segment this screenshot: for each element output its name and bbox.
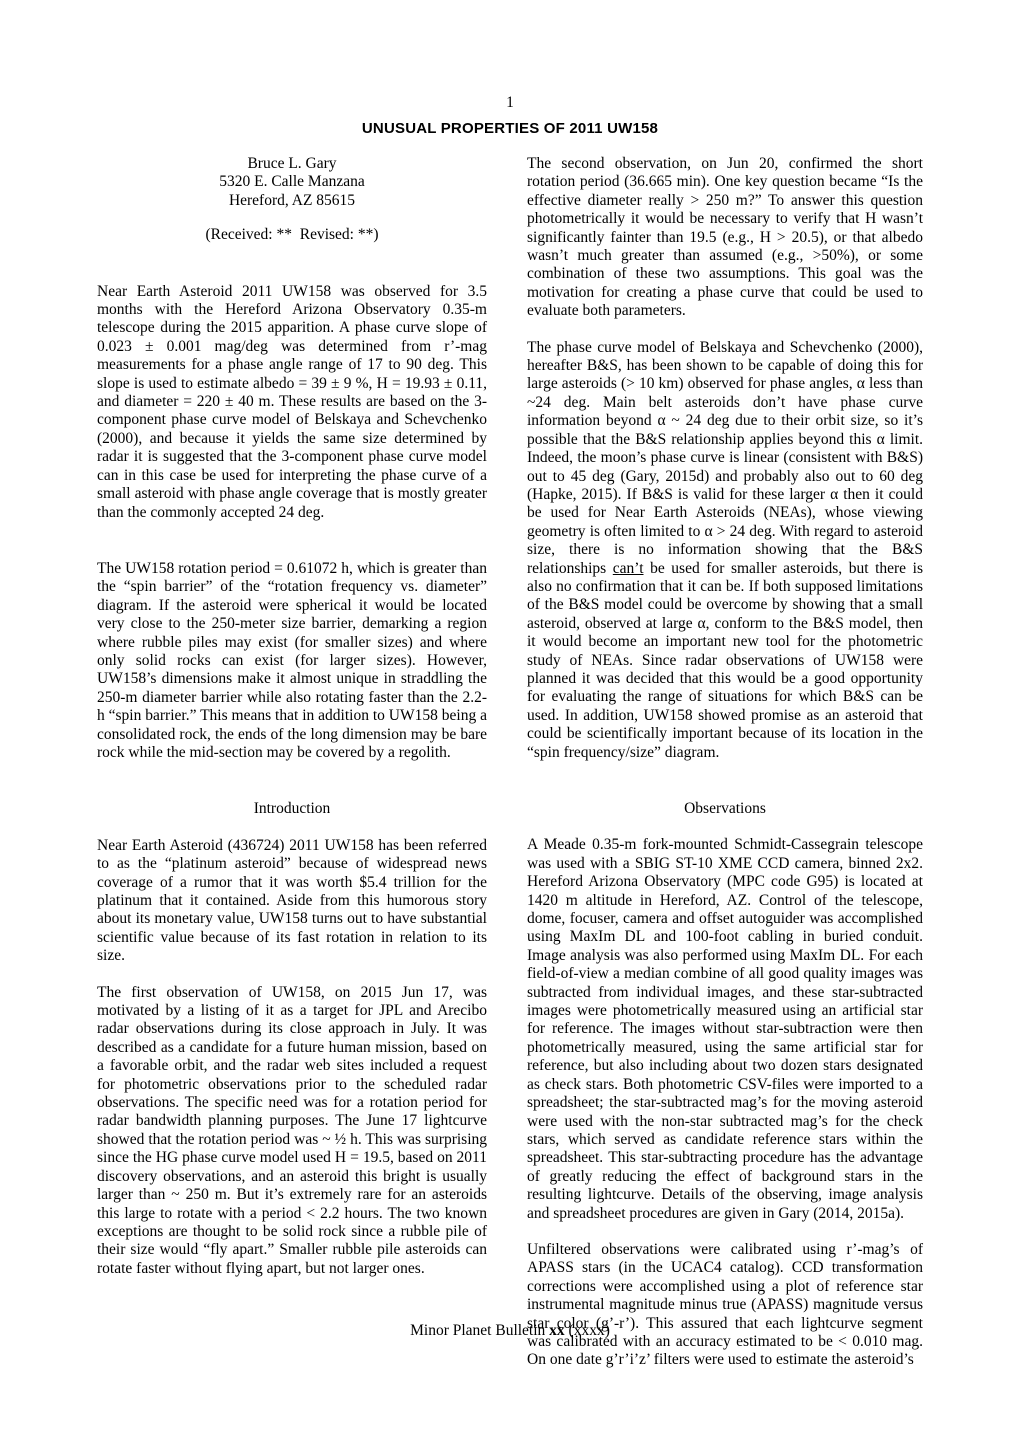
observations-paragraph-2: Unfiltered observations were calibrated … — [527, 1241, 923, 1370]
left-column: Bruce L. Gary 5320 E. Calle Manzana Here… — [97, 155, 487, 1370]
received-revised-line: (Received: ** Revised: **) — [97, 226, 487, 244]
paper-page: 1 UNUSUAL PROPERTIES OF 2011 UW158 Bruce… — [0, 0, 1020, 1443]
paper-title: UNUSUAL PROPERTIES OF 2011 UW158 — [0, 120, 1020, 137]
underlined-cant-word: can’t — [613, 560, 644, 577]
section-heading-observations: Observations — [527, 800, 923, 818]
second-observation-paragraph: The second observation, on Jun 20, confi… — [527, 155, 923, 321]
author-name: Bruce L. Gary — [97, 155, 487, 173]
rotation-period-paragraph: The UW158 rotation period = 0.61072 h, w… — [97, 560, 487, 762]
section-heading-introduction: Introduction — [97, 800, 487, 818]
footer-issue: (xxxx) — [565, 1322, 610, 1339]
right-column: The second observation, on Jun 20, confi… — [527, 155, 923, 1370]
journal-footer: Minor Planet Bulletin xx (xxxx) — [0, 1322, 1020, 1340]
two-column-body: Bruce L. Gary 5320 E. Calle Manzana Here… — [97, 155, 923, 1370]
phase-curve-model-text-1: The phase curve model of Belskaya and Sc… — [527, 339, 923, 577]
introduction-paragraph-1: Near Earth Asteroid (436724) 2011 UW158 … — [97, 837, 487, 966]
phase-curve-model-text-2: be used for smaller asteroids, but there… — [527, 560, 923, 761]
abstract-paragraph: Near Earth Asteroid 2011 UW158 was obser… — [97, 283, 487, 522]
introduction-paragraph-2: The first observation of UW158, on 2015 … — [97, 984, 487, 1279]
author-block: Bruce L. Gary 5320 E. Calle Manzana Here… — [97, 155, 487, 210]
author-address-line-2: Hereford, AZ 85615 — [97, 192, 487, 210]
observations-paragraph-1: A Meade 0.35-m fork-mounted Schmidt-Cass… — [527, 836, 923, 1223]
author-address-line-1: 5320 E. Calle Manzana — [97, 173, 487, 191]
page-number: 1 — [0, 94, 1020, 112]
footer-journal-name: Minor Planet Bulletin — [410, 1322, 549, 1339]
footer-volume: xx — [549, 1322, 565, 1339]
phase-curve-model-paragraph: The phase curve model of Belskaya and Sc… — [527, 339, 923, 762]
